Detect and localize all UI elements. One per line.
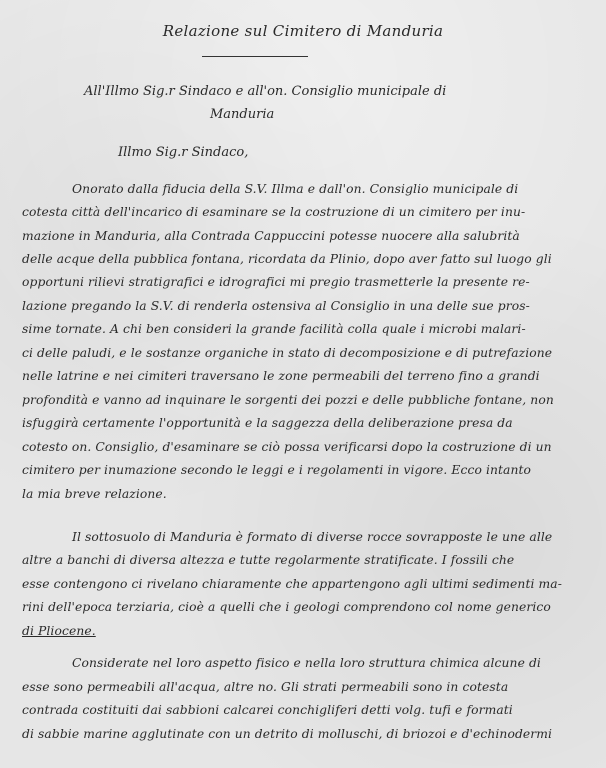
paragraph-1-line: la mia breve relazione. <box>22 487 592 501</box>
title-underline <box>202 56 308 57</box>
salutation: Illmo Sig.r Sindaco, <box>118 145 248 160</box>
paragraph-2-line: esse contengono ci rivelano chiaramente … <box>22 577 592 591</box>
paragraph-2-line: rini dell'epoca terziaria, cioè a quelli… <box>22 600 592 614</box>
paragraph-1-line: profondità e vanno ad inquinare le sorge… <box>22 393 592 407</box>
address-line-2: Manduria <box>210 107 274 122</box>
manuscript-page: Relazione sul Cimitero di Manduria All'I… <box>0 0 606 768</box>
paragraph-1-line: ci delle paludi, e le sostanze organiche… <box>22 346 592 360</box>
paragraph-3-line: di sabbie marine agglutinate con un detr… <box>22 727 592 741</box>
paragraph-1-line: Onorato dalla fiducia della S.V. Illma e… <box>72 182 592 196</box>
paragraph-1-line: opportuni rilievi stratigrafici e idrogr… <box>22 275 592 289</box>
paragraph-2-line: di Pliocene. <box>22 624 592 638</box>
paragraph-2-line: altre a banchi di diversa altezza e tutt… <box>22 553 592 567</box>
paragraph-3-line: contrada costituiti dai sabbioni calcare… <box>22 703 592 717</box>
paragraph-1-line: delle acque della pubblica fontana, rico… <box>22 252 592 266</box>
document-title: Relazione sul Cimitero di Manduria <box>0 22 606 40</box>
paragraph-1-line: lazione pregando la S.V. di renderla ost… <box>22 299 592 313</box>
paragraph-1-line: cotesta città dell'incarico di esaminare… <box>22 205 592 219</box>
paragraph-1-line: sime tornate. A chi ben consideri la gra… <box>22 322 592 336</box>
paragraph-3-line: esse sono permeabili all'acqua, altre no… <box>22 680 592 694</box>
paragraph-1-line: isfuggirà certamente l'opportunità e la … <box>22 416 592 430</box>
paragraph-3-line: Considerate nel loro aspetto fisico e ne… <box>72 656 592 670</box>
paragraph-1-line: cimitero per inumazione secondo le leggi… <box>22 463 592 477</box>
paragraph-1-line: nelle latrine e nei cimiteri traversano … <box>22 369 592 383</box>
paragraph-2-line: Il sottosuolo di Manduria è formato di d… <box>72 530 592 544</box>
paragraph-1-line: cotesto on. Consiglio, d'esaminare se ci… <box>22 440 592 454</box>
address-line-1: All'Illmo Sig.r Sindaco e all'on. Consig… <box>84 84 446 99</box>
paragraph-1-line: mazione in Manduria, alla Contrada Cappu… <box>22 229 592 243</box>
